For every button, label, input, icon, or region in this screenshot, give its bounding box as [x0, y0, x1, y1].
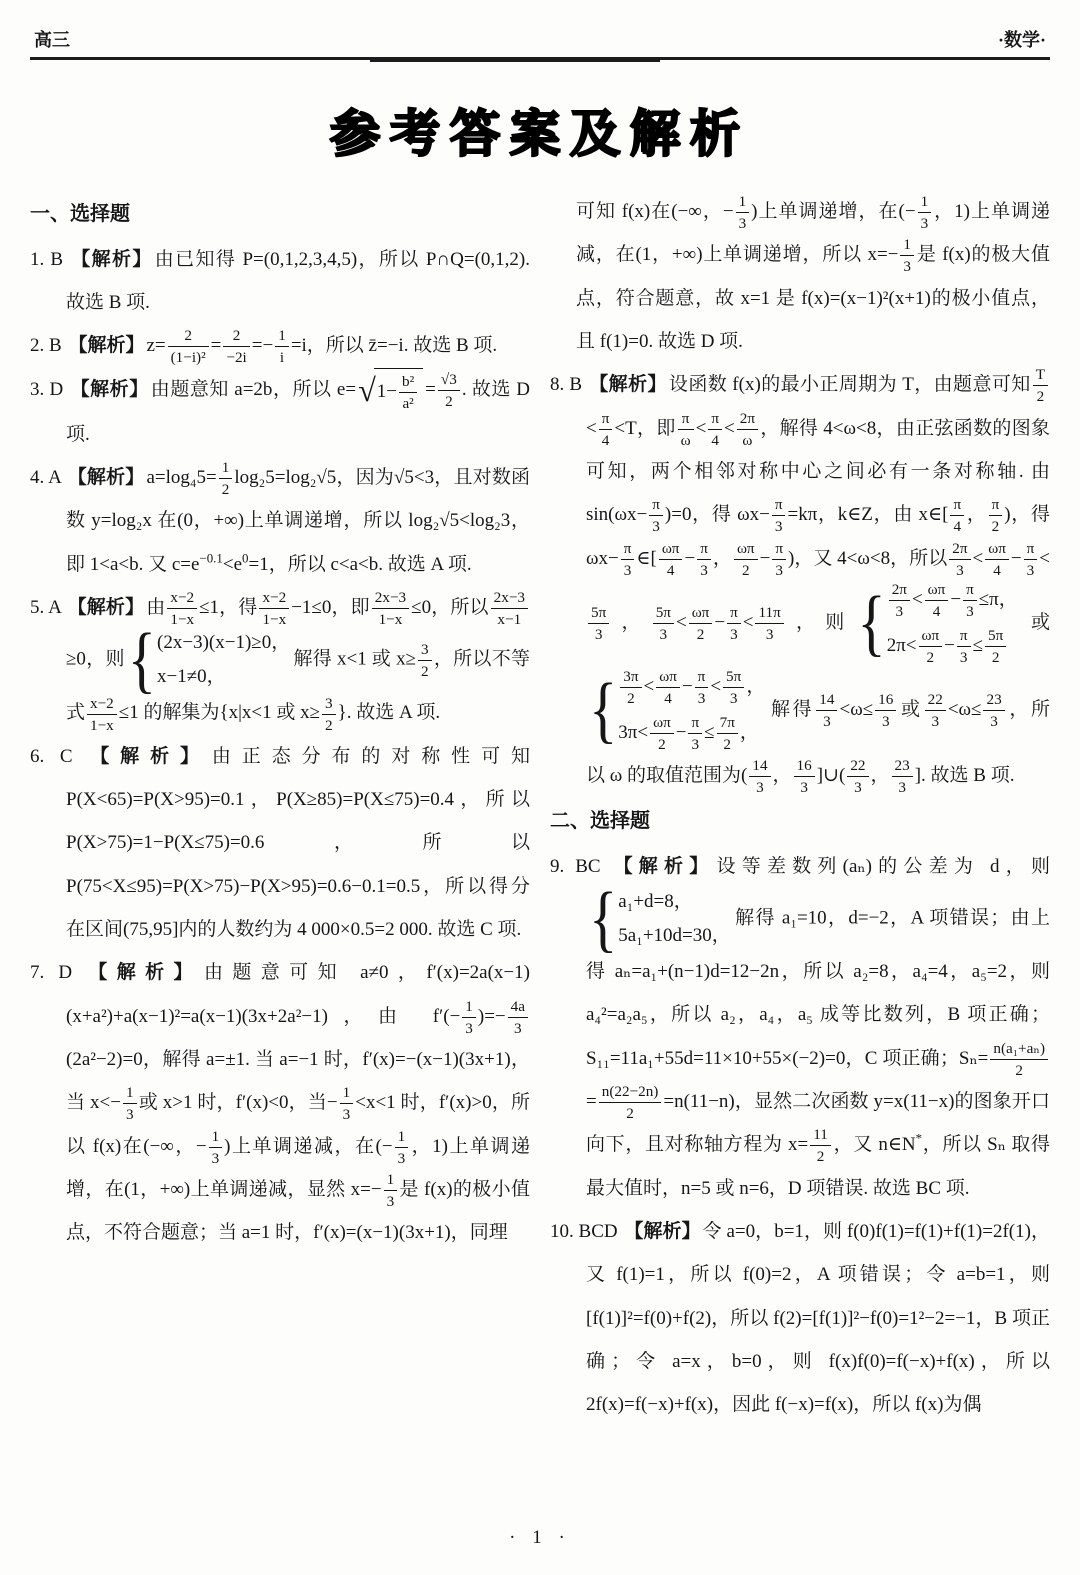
math-fraction: ωπ2	[650, 713, 674, 754]
fraction-denominator: ω	[737, 430, 758, 450]
math-fraction: 163	[794, 756, 815, 797]
fraction-numerator: π	[772, 495, 786, 516]
math-fraction: 13	[736, 192, 750, 233]
fraction-numerator: π	[708, 409, 722, 430]
answer-item: 7. D 【解析】由题意可知 a≠0，f′(x)=2a(x−1)(x+a²)+a…	[30, 951, 530, 1254]
fraction-numerator: π	[963, 580, 977, 601]
content-columns: 一、选择题1. B 【解析】由已知得 P=(0,1,2,3,4,5)，所以 P∩…	[0, 184, 1080, 1426]
fraction-numerator: ωπ	[985, 539, 1009, 560]
header-subject-label: ·数学·	[998, 26, 1046, 52]
math-fraction: x−21−x	[259, 588, 289, 629]
cases-row: 2π<ωπ2−π3≤5π2	[887, 626, 1018, 667]
math-fraction: π3	[621, 539, 635, 580]
fraction-numerator: 5π	[985, 626, 1006, 647]
fraction-numerator: 23	[892, 756, 913, 777]
fraction-numerator: 1	[219, 458, 233, 479]
fraction-denominator: 2	[990, 1060, 1048, 1080]
fraction-numerator: 11	[810, 1125, 831, 1146]
fraction-numerator: 2π	[889, 580, 910, 601]
analysis-label: 【解析】	[614, 856, 715, 877]
fraction-numerator: 5π	[653, 603, 674, 624]
fraction-numerator: π	[599, 409, 613, 430]
answer-item: 10. BCD 【解析】令 a=0，b=1，则 f(0)f(1)=f(1)+f(…	[550, 1210, 1050, 1427]
fraction-numerator: 1	[275, 326, 289, 347]
math-fraction: 2−2i	[223, 326, 249, 367]
math-fraction: 163	[875, 690, 896, 731]
fraction-numerator: 1	[900, 235, 914, 256]
fraction-denominator: 2	[599, 1103, 662, 1123]
fraction-numerator: π	[688, 713, 702, 734]
math-fraction: π4	[599, 409, 613, 450]
fraction-numerator: 1	[340, 1083, 354, 1104]
fraction-numerator: 2	[168, 326, 209, 347]
fraction-denominator: 4	[925, 601, 949, 621]
fraction-numerator: x−2	[87, 694, 117, 715]
fraction-numerator: 5π	[723, 667, 744, 688]
fraction-denominator: 4	[708, 430, 722, 450]
superscript: *	[916, 1131, 922, 1146]
fraction-denominator: 3	[123, 1104, 137, 1124]
item-number: 1. B	[30, 249, 69, 270]
math-fraction: π4	[950, 495, 964, 536]
math-fraction: π3	[695, 667, 709, 708]
cases-rows: a₁+d=8，5a₁+10d=30，	[618, 888, 731, 950]
fraction-denominator: 2	[1033, 386, 1048, 406]
fraction-denominator: 2	[322, 715, 336, 735]
fraction-denominator: 4	[656, 688, 680, 708]
math-fraction: n(a₁+aₙ)2	[990, 1039, 1048, 1080]
fraction-numerator: 3π	[620, 667, 641, 688]
fraction-numerator: ωπ	[689, 603, 713, 624]
continuation-paragraph: 可知 f(x)在(−∞，−13)上单调递增，在(−13，1)上单调递减，在(1，…	[550, 190, 1050, 363]
item-number: 4. A	[30, 467, 66, 488]
analysis-label: 【解析】	[68, 467, 145, 488]
answer-item: 3. D 【解析】由题意知 a=2b，所以 e=√1−b²a²=√32. 故选 …	[30, 368, 530, 457]
fraction-numerator: π	[621, 539, 635, 560]
fraction-denominator: 2	[418, 661, 432, 681]
fraction-numerator: 1	[123, 1083, 137, 1104]
math-fraction: πω	[678, 409, 694, 450]
math-fraction: 7π2	[717, 713, 738, 754]
fraction-denominator: 2	[919, 647, 943, 667]
fraction-numerator: ωπ	[919, 626, 943, 647]
answer-item: 4. A 【解析】a=log₄5=12log₂5=log₂√5，因为√5<3，且…	[30, 456, 530, 586]
fraction-numerator: x−2	[259, 588, 289, 609]
fraction-numerator: b²	[399, 372, 417, 393]
fraction-denominator: 2	[810, 1146, 831, 1166]
math-cases: {2π3<ωπ4−π3≤π，2π<ωπ2−π3≤5π2	[857, 580, 1017, 667]
answer-sheet-page: 高三 ·数学· 参考答案及解析 一、选择题1. B 【解析】由已知得 P=(0,…	[0, 0, 1080, 1575]
fraction-numerator: 1	[209, 1127, 223, 1148]
fraction-numerator: 14	[749, 756, 770, 777]
math-cases: {(2x−3)(x−1)≥0，x−1≠0，	[128, 629, 290, 691]
section-heading: 二、选择题	[550, 799, 1050, 845]
math-fraction: x−21−x	[167, 588, 197, 629]
section-heading: 一、选择题	[30, 192, 530, 238]
answer-item: 2. B 【解析】z=2(1−i)²=2−2i=−1i=i，所以 z̄=−i. …	[30, 324, 530, 367]
math-fraction: 13	[900, 235, 914, 276]
math-fraction: π4	[708, 409, 722, 450]
math-fraction: 2π3	[889, 580, 910, 621]
analysis-label: 【解析】	[90, 746, 210, 767]
math-fraction: ωπ4	[985, 539, 1009, 580]
math-fraction: 3π2	[620, 667, 641, 708]
fraction-denominator: 3	[462, 1018, 476, 1038]
fraction-numerator: π	[695, 667, 709, 688]
math-fraction: 5π3	[588, 603, 609, 644]
answer-item: 5. A 【解析】由x−21−x≤1，得x−21−x−1≤0，即2x−31−x≤…	[30, 586, 530, 735]
fraction-numerator: 1	[918, 192, 932, 213]
math-fraction: 5π3	[653, 603, 674, 644]
math-fraction: π3	[772, 539, 786, 580]
fraction-numerator: π	[957, 626, 971, 647]
fraction-denominator: 3	[983, 711, 1004, 731]
fraction-denominator: 3	[816, 711, 837, 731]
cases-row: 5a₁+10d=30，	[618, 922, 731, 951]
fraction-numerator: ωπ	[659, 539, 683, 560]
fraction-numerator: π	[678, 409, 694, 430]
math-fraction: 2x−31−x	[372, 588, 409, 629]
fraction-numerator: 7π	[717, 713, 738, 734]
math-fraction: 143	[816, 690, 837, 731]
item-number: 9. BC	[550, 856, 612, 877]
math-fraction: ωπ2	[689, 603, 713, 644]
analysis-label: 【解析】	[68, 597, 145, 618]
math-fraction: 4a3	[508, 997, 528, 1038]
cases-row: (2x−3)(x−1)≥0，	[157, 629, 290, 658]
math-fraction: 32	[418, 640, 432, 681]
fraction-denominator: 3	[649, 516, 663, 536]
fraction-denominator: 3	[723, 688, 744, 708]
fraction-denominator: 1−x	[87, 715, 117, 735]
fraction-numerator: 2x−3	[372, 588, 409, 609]
header-rule-thick-segment	[370, 57, 660, 62]
math-cases: {a₁+d=8，5a₁+10d=30，	[589, 888, 731, 950]
math-fraction: 2x−3x−1	[491, 588, 528, 629]
fraction-denominator: 3	[395, 1148, 409, 1168]
fraction-numerator: 4a	[508, 997, 528, 1018]
math-fraction: n(22−2n)2	[599, 1082, 662, 1123]
fraction-denominator: 3	[949, 560, 970, 580]
fraction-numerator: √3	[438, 370, 460, 391]
fraction-numerator: 2x−3	[491, 588, 528, 609]
item-number: 6. C	[30, 746, 88, 767]
answer-item: 8. B 【解析】设函数 f(x)的最小正周期为 T，由题意可知T2<π4<T，…	[550, 363, 1050, 797]
cases-row: x−1≠0，	[157, 663, 290, 692]
fraction-denominator: 3	[847, 777, 868, 797]
fraction-numerator: π	[727, 603, 741, 624]
fraction-numerator: π	[989, 495, 1003, 516]
fraction-denominator: a²	[399, 393, 417, 413]
fraction-numerator: 1	[384, 1170, 398, 1191]
fraction-numerator: 1	[736, 192, 750, 213]
math-fraction: 11π3	[755, 603, 783, 644]
fraction-denominator: 2	[989, 516, 1003, 536]
fraction-denominator: 2	[717, 734, 738, 754]
analysis-label: 【解析】	[589, 374, 667, 395]
math-fraction: ωπ2	[734, 539, 758, 580]
fraction-denominator: 3	[875, 711, 896, 731]
fraction-denominator: (1−i)²	[168, 347, 209, 367]
analysis-label: 【解析】	[71, 379, 149, 400]
math-fraction: π3	[772, 495, 786, 536]
fraction-numerator: 11π	[755, 603, 783, 624]
fraction-numerator: π	[772, 539, 786, 560]
fraction-numerator: 16	[875, 690, 896, 711]
math-fraction: ωπ4	[925, 580, 949, 621]
column-right: 可知 f(x)在(−∞，−13)上单调递增，在(−13，1)上单调递减，在(1，…	[550, 190, 1050, 1426]
answer-item: 6. C 【解析】由正态分布的对称性可知 P(X<65)=P(X>95)=0.1…	[30, 735, 530, 952]
math-fraction: π3	[1024, 539, 1038, 580]
fraction-denominator: 1−x	[259, 609, 289, 629]
math-fraction: 233	[983, 690, 1004, 731]
fraction-numerator: n(22−2n)	[599, 1082, 662, 1103]
math-fraction: π3	[963, 580, 977, 621]
fraction-denominator: 2	[985, 647, 1006, 667]
fraction-denominator: 3	[695, 688, 709, 708]
fraction-denominator: 3	[900, 256, 914, 276]
fraction-denominator: 2	[734, 560, 758, 580]
item-number: 8. B	[550, 374, 587, 395]
fraction-denominator: 3	[918, 213, 932, 233]
math-fraction: 112	[810, 1125, 831, 1166]
fraction-denominator: 3	[957, 647, 971, 667]
fraction-numerator: ωπ	[650, 713, 674, 734]
fraction-denominator: 3	[588, 624, 609, 644]
math-fraction: T2	[1033, 365, 1048, 406]
fraction-denominator: 2	[650, 734, 674, 754]
item-number: 7. D	[30, 962, 86, 983]
fraction-denominator: 3	[925, 711, 946, 731]
math-fraction: π3	[727, 603, 741, 644]
fraction-denominator: 3	[508, 1018, 528, 1038]
fraction-denominator: x−1	[491, 609, 528, 629]
fraction-denominator: 3	[727, 624, 741, 644]
fraction-numerator: ωπ	[734, 539, 758, 560]
math-fraction: 143	[749, 756, 770, 797]
math-fraction: 13	[384, 1170, 398, 1211]
fraction-denominator: 3	[653, 624, 674, 644]
fraction-numerator: T	[1033, 365, 1048, 386]
fraction-denominator: 3	[772, 516, 786, 536]
math-fraction: 13	[395, 1127, 409, 1168]
fraction-denominator: 4	[659, 560, 683, 580]
math-fraction: 32	[322, 694, 336, 735]
math-fraction: 233	[892, 756, 913, 797]
cases-row: 2π3<ωπ4−π3≤π，	[887, 580, 1018, 621]
item-number: 3. D	[30, 379, 69, 400]
analysis-label: 【解析】	[68, 335, 144, 356]
analysis-label: 【解析】	[88, 962, 202, 983]
fraction-numerator: 1	[462, 997, 476, 1018]
cases-rows: 2π3<ωπ4−π3≤π，2π<ωπ2−π3≤5π2	[887, 580, 1018, 667]
answer-item: 9. BC 【解析】设等差数列(aₙ)的公差为 d，则{a₁+d=8，5a₁+1…	[550, 845, 1050, 1210]
fraction-numerator: n(a₁+aₙ)	[990, 1039, 1048, 1060]
fraction-denominator: 3	[209, 1148, 223, 1168]
math-fraction: 223	[847, 756, 868, 797]
math-fraction: 12	[219, 458, 233, 499]
fraction-numerator: x−2	[167, 588, 197, 609]
fraction-denominator: 3	[794, 777, 815, 797]
math-fraction: x−21−x	[87, 694, 117, 735]
fraction-denominator: 1−x	[372, 609, 409, 629]
fraction-numerator: 1	[395, 1127, 409, 1148]
fraction-numerator: π	[649, 495, 663, 516]
analysis-label: 【解析】	[624, 1221, 700, 1242]
math-fraction: π3	[688, 713, 702, 754]
math-fraction: π3	[697, 539, 711, 580]
fraction-numerator: π	[950, 495, 964, 516]
cases-row: a₁+d=8，	[618, 888, 731, 917]
fraction-denominator: 3	[963, 601, 977, 621]
math-fraction: 13	[462, 997, 476, 1038]
fraction-denominator: 4	[599, 430, 613, 450]
fraction-denominator: 3	[736, 213, 750, 233]
footer-page-number: · 1 ·	[0, 1527, 1080, 1549]
fraction-numerator: 16	[794, 756, 815, 777]
fraction-denominator: 3	[1024, 560, 1038, 580]
math-fraction: 1i	[275, 326, 289, 367]
fraction-numerator: 2π	[737, 409, 758, 430]
fraction-numerator: 2	[223, 326, 249, 347]
fraction-numerator: ωπ	[656, 667, 680, 688]
fraction-numerator: 14	[816, 690, 837, 711]
analysis-label: 【解析】	[71, 249, 153, 270]
math-fraction: 13	[123, 1083, 137, 1124]
radicand: 1−b²a²	[374, 368, 423, 413]
math-fraction: ωπ4	[656, 667, 680, 708]
math-cases: {3π2<ωπ4−π3<5π3，3π<ωπ2−π3≤7π2，	[589, 667, 765, 754]
fraction-numerator: 2π	[949, 539, 970, 560]
math-fraction: 13	[340, 1083, 354, 1124]
math-fraction: 5π2	[985, 626, 1006, 667]
fraction-numerator: ωπ	[925, 580, 949, 601]
math-fraction: π2	[989, 495, 1003, 536]
item-number: 10. BCD	[550, 1221, 622, 1242]
fraction-denominator: 3	[688, 734, 702, 754]
fraction-numerator: 22	[847, 756, 868, 777]
fraction-denominator: 3	[889, 601, 910, 621]
math-fraction: √32	[438, 370, 460, 411]
fraction-denominator: 3	[749, 777, 770, 797]
math-fraction: 5π3	[723, 667, 744, 708]
math-sqrt: √1−b²a²	[358, 368, 423, 413]
header-grade-label: 高三	[34, 26, 70, 52]
fraction-denominator: 3	[697, 560, 711, 580]
math-fraction: 2(1−i)²	[168, 326, 209, 367]
fraction-denominator: 4	[950, 516, 964, 536]
fraction-denominator: 3	[772, 560, 786, 580]
math-fraction: 2π3	[949, 539, 970, 580]
math-fraction: π3	[649, 495, 663, 536]
item-number: 2. B	[30, 335, 66, 356]
fraction-denominator: 3	[755, 624, 783, 644]
fraction-denominator: −2i	[223, 347, 249, 367]
cases-row: 3π2<ωπ4−π3<5π3，	[618, 667, 765, 708]
fraction-denominator: 3	[621, 560, 635, 580]
page-title: 参考答案及解析	[0, 94, 1080, 166]
fraction-numerator: 3	[418, 640, 432, 661]
column-left: 一、选择题1. B 【解析】由已知得 P=(0,1,2,3,4,5)，所以 P∩…	[30, 190, 530, 1426]
fraction-denominator: 2	[620, 688, 641, 708]
math-fraction: 13	[918, 192, 932, 233]
header-rule	[30, 57, 1050, 60]
math-fraction: 223	[925, 690, 946, 731]
cases-rows: (2x−3)(x−1)≥0，x−1≠0，	[157, 629, 290, 691]
fraction-denominator: 2	[689, 624, 713, 644]
item-number: 5. A	[30, 597, 66, 618]
math-fraction: ωπ4	[659, 539, 683, 580]
math-fraction: π3	[957, 626, 971, 667]
fraction-denominator: 1−x	[167, 609, 197, 629]
fraction-numerator: 23	[983, 690, 1004, 711]
fraction-denominator: 2	[219, 479, 233, 499]
fraction-denominator: 2	[438, 391, 460, 411]
answer-item: 1. B 【解析】由已知得 P=(0,1,2,3,4,5)，所以 P∩Q=(0,…	[30, 238, 530, 325]
math-fraction: 2πω	[737, 409, 758, 450]
fraction-denominator: 3	[340, 1104, 354, 1124]
fraction-denominator: 3	[384, 1191, 398, 1211]
cases-row: 3π<ωπ2−π3≤7π2，	[618, 713, 765, 754]
fraction-numerator: 3	[322, 694, 336, 715]
fraction-numerator: 22	[925, 690, 946, 711]
fraction-denominator: 4	[985, 560, 1009, 580]
math-fraction: b²a²	[399, 372, 417, 413]
superscript: −0.1	[199, 550, 222, 565]
fraction-denominator: 3	[892, 777, 913, 797]
math-fraction: 13	[209, 1127, 223, 1168]
fraction-denominator: i	[275, 347, 289, 367]
page-header: 高三 ·数学·	[0, 0, 1080, 58]
fraction-denominator: ω	[678, 430, 694, 450]
fraction-numerator: 5π	[588, 603, 609, 624]
fraction-numerator: π	[1024, 539, 1038, 560]
fraction-numerator: π	[697, 539, 711, 560]
math-fraction: ωπ2	[919, 626, 943, 667]
cases-rows: 3π2<ωπ4−π3<5π3，3π<ωπ2−π3≤7π2，	[618, 667, 765, 754]
superscript: 0	[242, 550, 248, 565]
